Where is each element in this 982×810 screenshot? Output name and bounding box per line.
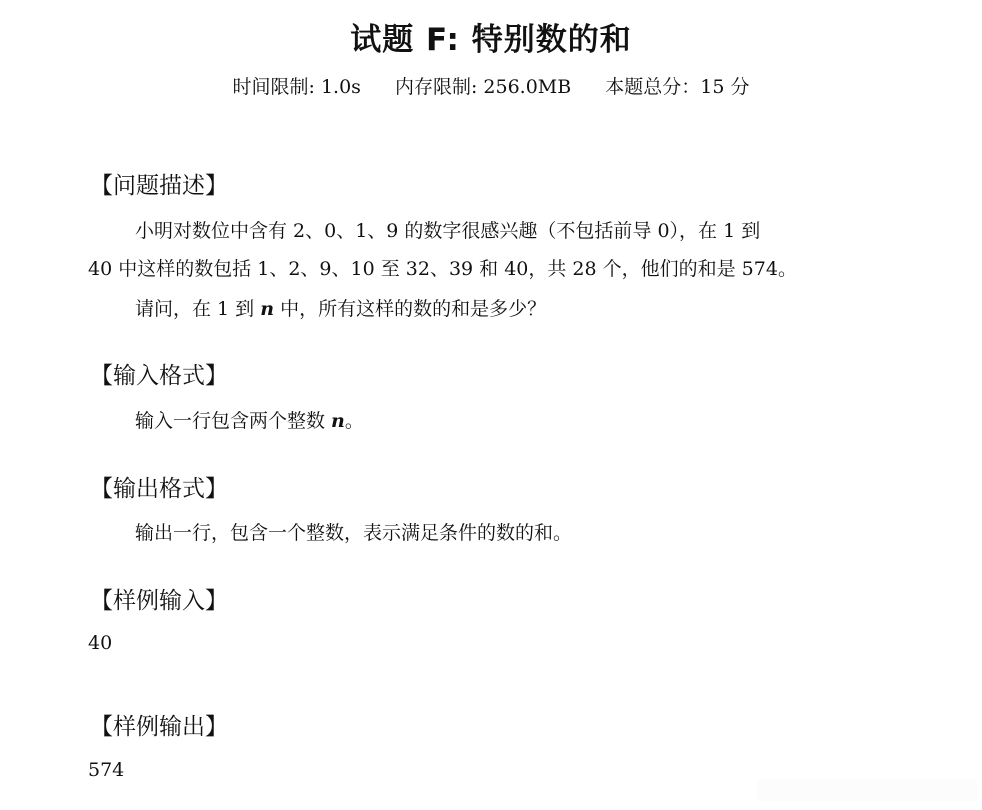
input-format-text: 输入一行包含两个整数 n。	[135, 406, 364, 433]
time-limit: 时间限制: 1.0s	[233, 76, 361, 98]
description-line-2: 40 中这样的数包括 1、2、9、10 至 32、39 和 40，共 28 个，…	[88, 254, 797, 281]
variable-n: n	[260, 298, 274, 320]
description-line-3-pre: 请问，在 1 到	[135, 298, 260, 320]
sample-output-value: 574	[88, 759, 124, 781]
description-line-3: 请问，在 1 到 n 中，所有这样的数的和是多少？	[135, 294, 546, 321]
description-line-1: 小明对数位中含有 2、0、1、9 的数字很感兴趣（不包括前导 0），在 1 到	[135, 216, 760, 243]
memory-limit: 内存限制: 256.0MB	[395, 76, 571, 98]
problem-title: 试题 F: 特别数的和	[0, 14, 982, 59]
problem-meta: 时间限制: 1.0s 内存限制: 256.0MB 本题总分：15 分	[0, 72, 982, 99]
sample-input-value: 40	[88, 632, 112, 654]
input-format-post: 。	[345, 410, 364, 432]
total-score: 本题总分：15 分	[605, 76, 749, 98]
description-heading: 【问题描述】	[90, 167, 228, 200]
input-format-heading: 【输入格式】	[90, 357, 228, 390]
input-format-pre: 输入一行包含两个整数	[135, 410, 331, 432]
output-format-heading: 【输出格式】	[90, 470, 228, 503]
output-format-text: 输出一行，包含一个整数，表示满足条件的数的和。	[135, 518, 572, 545]
sample-input-heading: 【样例输入】	[90, 582, 228, 615]
description-line-3-post: 中，所有这样的数的和是多少？	[274, 298, 546, 320]
sample-output-heading: 【样例输出】	[90, 708, 228, 741]
page-footer-shade	[758, 779, 977, 801]
variable-n: n	[331, 410, 345, 432]
